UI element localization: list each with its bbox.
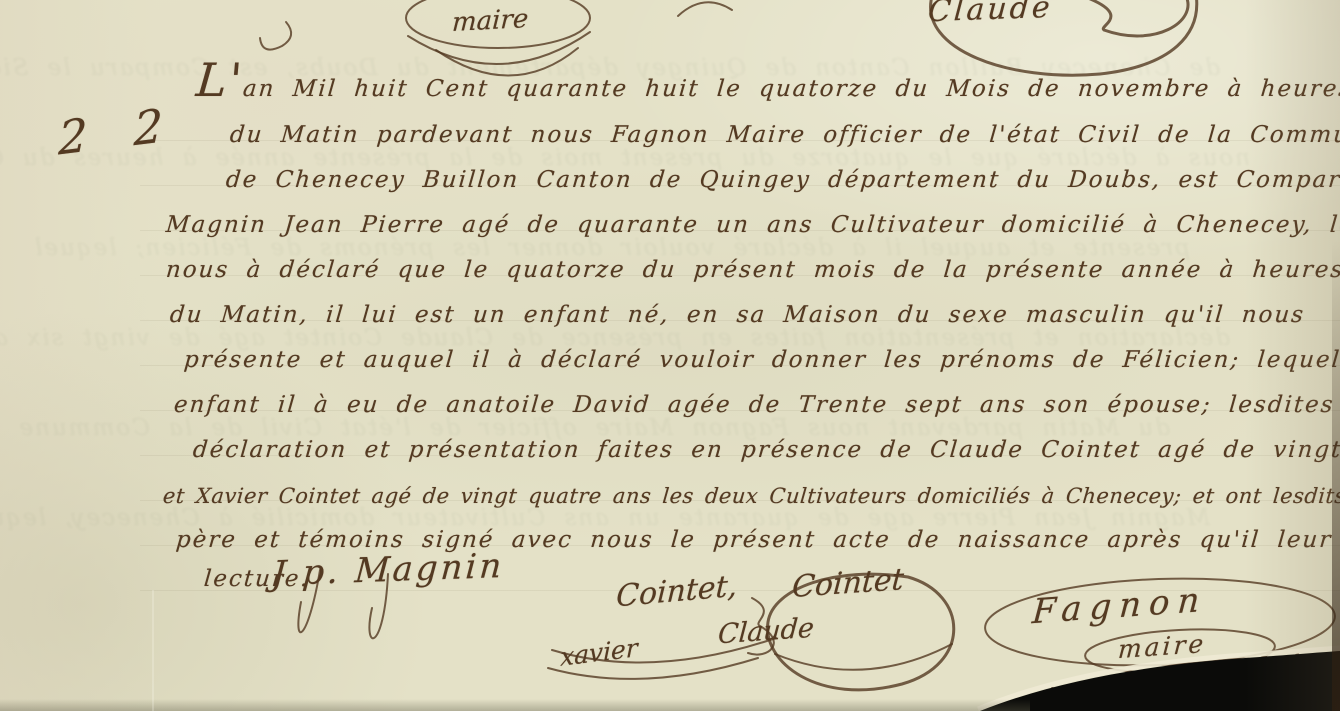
manuscript-line-8: enfant il à eu de anatoile David agée de… — [173, 392, 1336, 418]
signature-cointet-xavier-given: xavier — [560, 633, 638, 672]
page-curvature-shadow — [1245, 0, 1340, 711]
manuscript-line-9: déclaration et présentation faites en pr… — [192, 437, 1340, 463]
manuscript-line-1: L'an Mil huit Cent quarante huit le quat… — [195, 70, 1340, 102]
scanned-register-page: de Chenecey Buillon Canton de Quingey dé… — [0, 0, 1340, 711]
signature-fagnon-title: maire — [1117, 629, 1207, 664]
top-partial-signature-claude: Claude — [927, 0, 1054, 29]
signature-cointet-xavier: Cointet, — [615, 569, 738, 615]
signature-fagnon: Fagnon — [1031, 580, 1209, 633]
signature-cointet-claude-given: Claude — [717, 613, 815, 651]
flourish-curve — [678, 2, 732, 16]
flourish-swoosh — [408, 32, 590, 64]
page-bottom-shadow — [0, 699, 1030, 711]
manuscript-line-4: Magnin Jean Pierre agé de quarante un an… — [165, 212, 1340, 238]
manuscript-line-2: du Matin pardevant nous Fagnon Maire off… — [229, 122, 1340, 148]
signature-cointet-claude: Cointet — [791, 562, 905, 605]
manuscript-line-10: et Xavier Cointet agé de vingt quatre an… — [162, 484, 1340, 508]
paper-crease — [152, 590, 154, 711]
manuscript-line-3: de Chenecey Buillon Canton de Quingey dé… — [225, 167, 1340, 193]
page-edge-line — [1332, 240, 1340, 711]
signature-magnin: J p. Magnin — [271, 546, 506, 594]
top-partial-signature-maire: maire — [451, 4, 529, 38]
manuscript-line-7: présente et auquel il à déclaré vouloir … — [183, 347, 1340, 373]
flourish-loop — [260, 22, 291, 50]
flourish-claude-top-curl — [1088, 0, 1188, 36]
manuscript-line-5: nous à déclaré que le quatorze du présen… — [165, 257, 1340, 283]
margin-act-number: 2 2 — [58, 96, 179, 165]
manuscript-line-6: du Matin, il lui est un enfant né, en sa… — [169, 302, 1306, 328]
flourish-underline — [775, 644, 952, 670]
manuscript-line-11: père et témoins signé avec nous le prése… — [175, 527, 1340, 553]
